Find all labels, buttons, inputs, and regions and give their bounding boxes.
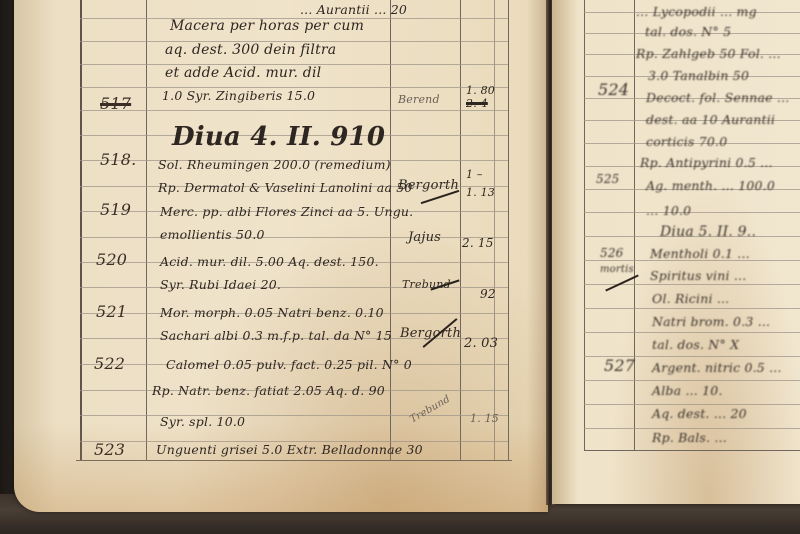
entry-number: 523	[94, 440, 125, 459]
entry-number: 526	[600, 246, 624, 260]
price: 2. 03	[464, 336, 498, 351]
recipe-line: Sol. Rheumingen 200.0 (remedium)	[158, 157, 391, 172]
recipe-line: Acid. mur. dil. 5.00 Aq. dest. 150.	[160, 254, 379, 269]
entry-number: 524	[598, 80, 629, 99]
recipe-line: Unguenti grisei 5.0 Extr. Belladonnae 30	[156, 442, 423, 457]
number-column-rule	[634, 0, 635, 450]
price: 1 –	[466, 168, 483, 181]
ruled-line	[80, 415, 508, 416]
entry-number: 521	[96, 302, 127, 321]
recipe-line: Calomel 0.05 pulv. fact. 0.25 pil. N° 0	[166, 357, 412, 372]
recipe-line: Rp. Bals. ...	[652, 430, 727, 445]
recipe-line: 1.0 Syr. Zingiberis 15.0	[162, 88, 315, 103]
recipe-line: aq. dest. 300 dein filtra	[165, 42, 336, 58]
recipe-line: emollientis 50.0	[160, 227, 265, 242]
recipe-line: Natri brom. 0.3 ...	[652, 314, 770, 329]
recipe-line: et adde Acid. mur. dil	[165, 65, 321, 81]
recipe-line: Rp. Zahlgeb 50 Fol. ...	[636, 46, 781, 61]
entry-number: 525	[596, 172, 620, 186]
ruled-line	[584, 404, 800, 405]
price: 1. 13	[466, 186, 495, 199]
struck-entry-number: 517	[100, 94, 131, 113]
recipe-line: Rp. Natr. benz. fatiat 2.05 Aq. d. 90	[152, 383, 385, 398]
margin-rule	[584, 0, 585, 450]
recipe-line: Macera per horas per cum	[170, 18, 364, 34]
recipe-line: ... Lycopodii ... mg	[636, 4, 757, 19]
recipe-line: tal. dos. N° X	[652, 337, 739, 352]
recipe-line: Argent. nitric 0.5 ...	[652, 360, 782, 375]
recipe-line: Rp. Antipyrini 0.5 ...	[640, 155, 773, 170]
entry-number: 520	[96, 250, 127, 269]
bottom-rule	[584, 450, 800, 451]
price: 92	[480, 287, 496, 301]
entry-number: 522	[94, 354, 125, 373]
pharmacist-signature: Berend	[398, 93, 440, 106]
pharmacist-signature: Jajus	[408, 230, 441, 245]
recipe-line: Syr. Rubi Idaei 20.	[160, 277, 281, 292]
recipe-line: Ol. Ricini ...	[652, 291, 729, 306]
price-split-rule	[494, 0, 495, 460]
price: 2. 15	[462, 236, 494, 250]
pharmacist-signature: Bergorth	[398, 178, 459, 193]
ruled-line	[584, 332, 800, 333]
entry-number: 519	[100, 200, 131, 219]
recipe-line: Mentholi 0.1 ...	[650, 246, 750, 261]
entry-number: 527	[604, 356, 635, 375]
recipe-line: tal. dos. N° 5	[645, 24, 731, 39]
price-struck: 2. 4	[466, 97, 488, 110]
price: 1. 80	[466, 84, 495, 97]
recipe-line: corticis 70.0	[646, 134, 727, 149]
margin-rule	[80, 0, 82, 460]
recipe-line: Spiritus vini ...	[650, 268, 746, 283]
bottom-rule	[76, 460, 512, 461]
recipe-line: ... 10.0	[646, 203, 691, 218]
price-column-rule	[508, 0, 509, 460]
margin-note: mortis	[600, 264, 634, 275]
ruled-line	[584, 380, 800, 381]
price: 1. 15	[470, 412, 499, 425]
recipe-line: Mor. morph. 0.05 Natri benz. 0.10	[160, 305, 384, 320]
ruled-line	[584, 428, 800, 429]
ruled-line	[584, 212, 800, 213]
recipe-line: Merc. pp. albi Flores Zinci aa 5. Ungu.	[160, 204, 413, 219]
ruled-line	[80, 237, 508, 238]
ledger-photo-scene: ... Aurantii ... 20 Macera per horas per…	[0, 0, 800, 534]
recipe-line: dest. aa 10 Aurantii	[646, 112, 775, 127]
signature-column-rule	[460, 0, 461, 460]
recipe-line: ... Aurantii ... 20	[300, 2, 407, 17]
recipe-column-rule	[390, 0, 391, 460]
recipe-line: 3.0 Tanalbin 50	[648, 68, 749, 83]
date-heading: Diua 4. II. 910	[172, 122, 385, 152]
date-heading: Diua 5. II. 9..	[660, 224, 756, 240]
recipe-line: Syr. spl. 10.0	[160, 414, 245, 429]
recipe-line: Sachari albi 0.3 m.f.p. tal. da N° 15	[160, 328, 392, 343]
ruled-line	[584, 308, 800, 309]
recipe-line: Alba ... 10.	[652, 383, 723, 398]
entry-number: 518.	[100, 150, 136, 169]
recipe-line: Ag. menth. ... 100.0	[646, 178, 775, 193]
recipe-line: Decoct. fol. Sennae ...	[646, 90, 789, 105]
recipe-line: Rp. Dermatol & Vaselini Lanolini aa 50	[158, 180, 413, 195]
number-column-rule	[146, 0, 147, 460]
recipe-line: Aq. dest. ... 20	[652, 406, 747, 421]
ruled-line	[80, 110, 508, 111]
